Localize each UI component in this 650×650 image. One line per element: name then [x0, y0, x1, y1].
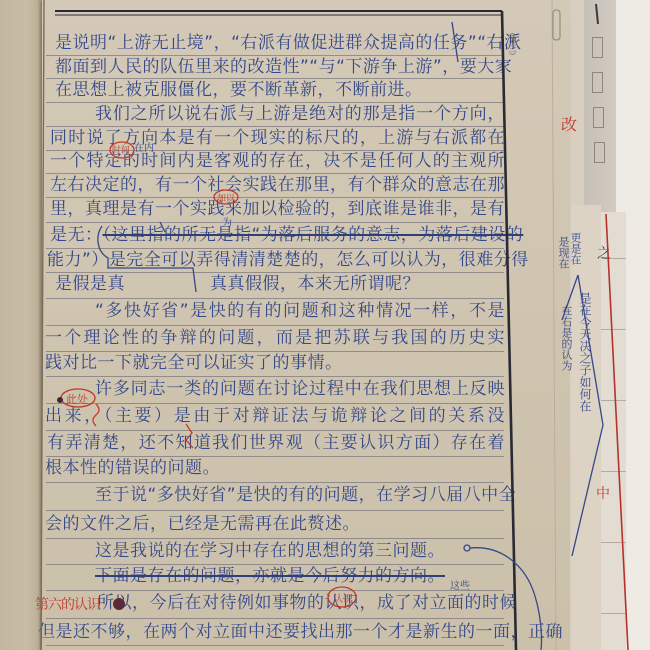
ledger-red-line [606, 214, 628, 650]
side-long-line [572, 275, 603, 556]
red-circle [61, 389, 95, 407]
bracket-mark [98, 226, 196, 292]
blue-edit-marks [98, 22, 603, 650]
page-edge [552, 0, 556, 650]
caret-mark [160, 222, 165, 232]
arc-line [470, 548, 541, 650]
dark-mark [596, 4, 598, 24]
red-circle [110, 142, 134, 158]
page-border [55, 11, 516, 650]
insertion-line [452, 22, 458, 62]
red-arrow-mark [186, 424, 193, 448]
red-edit-marks [61, 142, 356, 607]
manuscript-photo: 是说明“上游无止境”，“右派有做促进群众提高的任务”“右派 都面到人民的队伍里来… [0, 0, 650, 650]
green-stamp-mark [553, 10, 560, 40]
page-edge-shadow [41, 0, 44, 650]
ink-blot [57, 397, 63, 403]
red-circle [214, 190, 238, 204]
ink-blot [113, 598, 125, 610]
red-squiggle [93, 404, 99, 426]
side-short-line [562, 275, 578, 320]
ink-strokes-overlay [0, 0, 650, 650]
red-circle [328, 587, 356, 607]
arc-dot [464, 545, 470, 551]
